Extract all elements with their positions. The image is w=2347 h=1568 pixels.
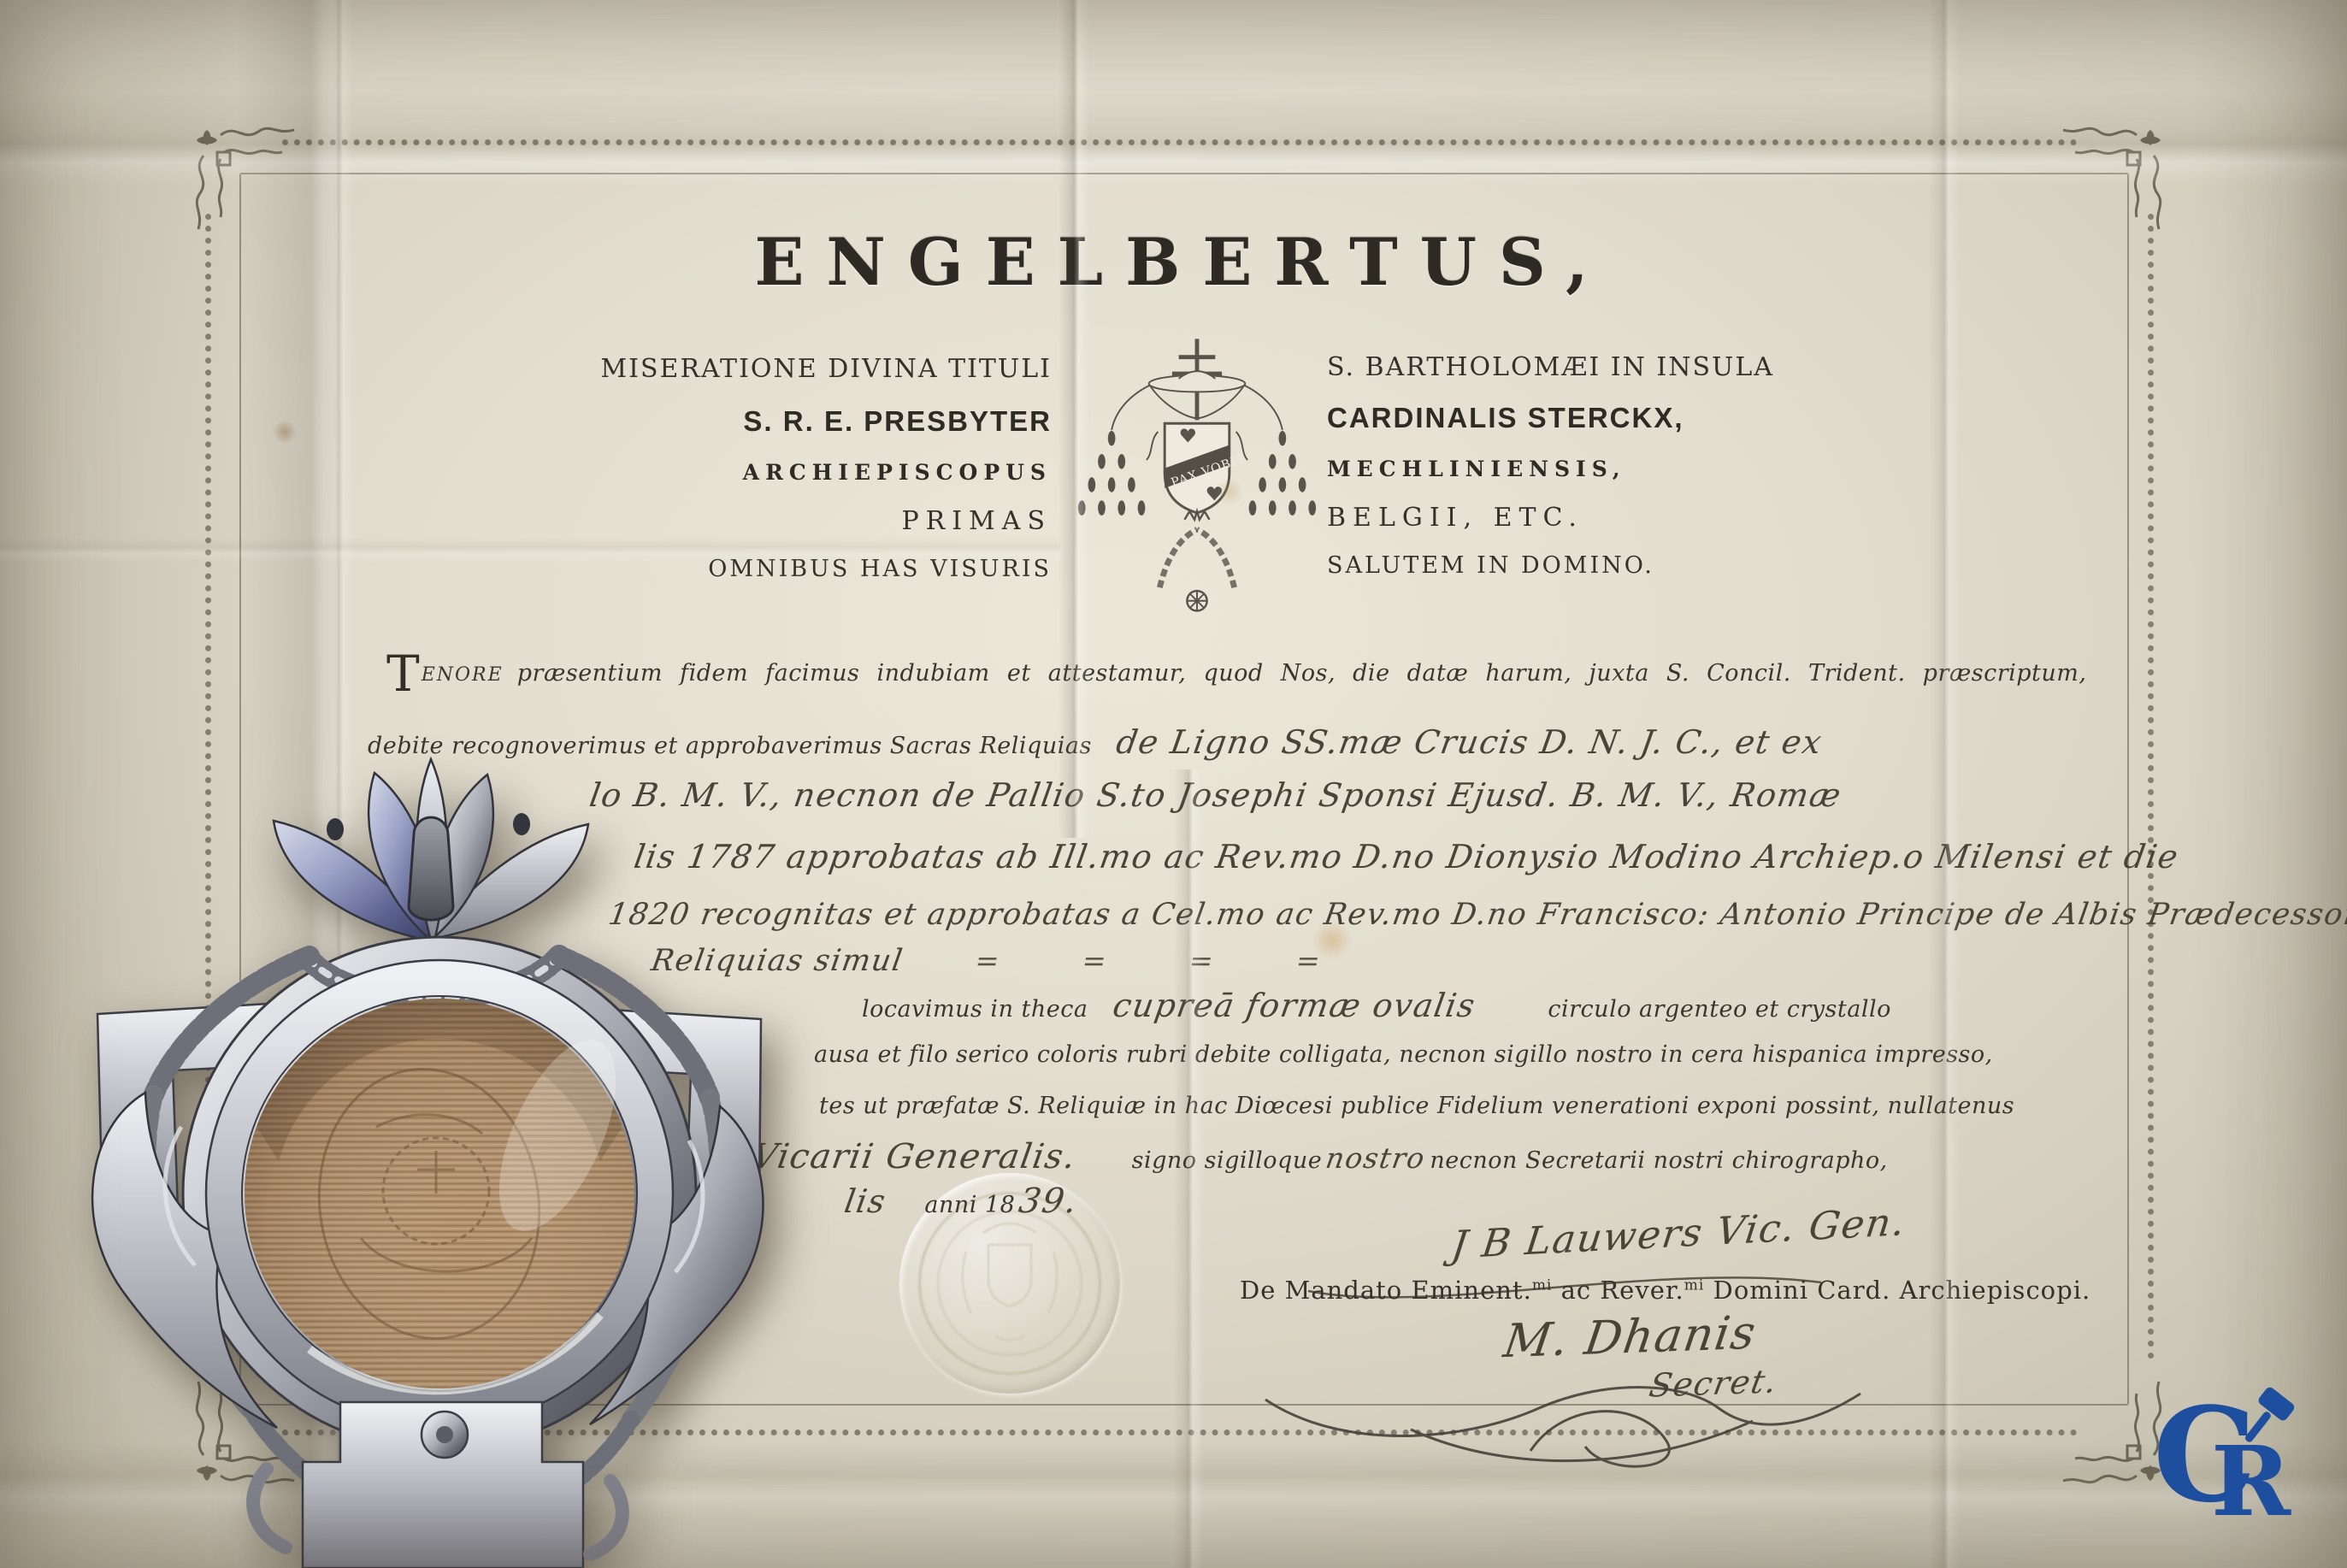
tassels-right [1249, 431, 1317, 516]
header-right-line: BELGII, ETC. [1327, 503, 1977, 533]
secretary-flourish [1240, 1347, 1890, 1475]
header-left-line: OMNIBUS HAS VISURIS [376, 556, 1052, 582]
header-left-line: S. R. E. PRESBYTER [376, 405, 1052, 438]
body-line: locavimus in theca cupreā formæ ovalis c… [862, 987, 1891, 1024]
document-title: ENGELBERTUS, [239, 224, 2126, 300]
border-corner-ornament [181, 116, 301, 236]
gavel-icon [2230, 1382, 2302, 1453]
header-right-line: CARDINALIS STERCKX, [1327, 402, 1977, 434]
header-left-line: PRIMAS [376, 506, 1052, 536]
tassels-left [1078, 431, 1146, 516]
dropcap-initial: T [386, 645, 420, 703]
body-line: lis anni 18 39. [845, 1182, 1078, 1221]
body-line: ausa et filo serico coloris rubri debite… [814, 1041, 1993, 1068]
header-left-line: MISERATIONE DIVINA TITULI [376, 354, 1052, 384]
header-right-line: SALUTEM IN DOMINO. [1327, 552, 1977, 579]
body-line: TENORE præsentium fidem facimus indubiam… [386, 660, 2086, 687]
header-left-line: ARCHIEPISCOPUS [376, 460, 1052, 485]
mandate-line: De Mandato Eminent.mi ac Rever.mi Domini… [1240, 1276, 2061, 1305]
header-right-line: MECHLINIENSIS, [1327, 457, 1977, 481]
border-chain-right [2148, 214, 2154, 1359]
photo-canvas: ENGELBERTUS, MISERATIONE DIVINA TITULI S… [0, 0, 2347, 1568]
body-line: lis 1787 approbatas ab Ill.mo ac Rev.mo … [634, 838, 2179, 875]
border-chain-top [282, 139, 2078, 145]
body-line: Vicarii Generalis. signo sigilloque nost… [752, 1137, 1888, 1176]
paper-shading [2189, 0, 2347, 1568]
body-line: 1820 recognitas et approbatas a Cel.mo a… [609, 898, 2347, 932]
cardinal-coat-of-arms: PAX VOBIS [1060, 335, 1334, 634]
border-corner-ornament [2056, 116, 2176, 236]
silver-reliquary [53, 725, 811, 1568]
body-line: tes ut præfatæ S. Reliquiæ in hac Diœces… [819, 1093, 2014, 1119]
header-right-line: S. BARTHOLOMÆI IN INSULA [1327, 352, 1977, 382]
